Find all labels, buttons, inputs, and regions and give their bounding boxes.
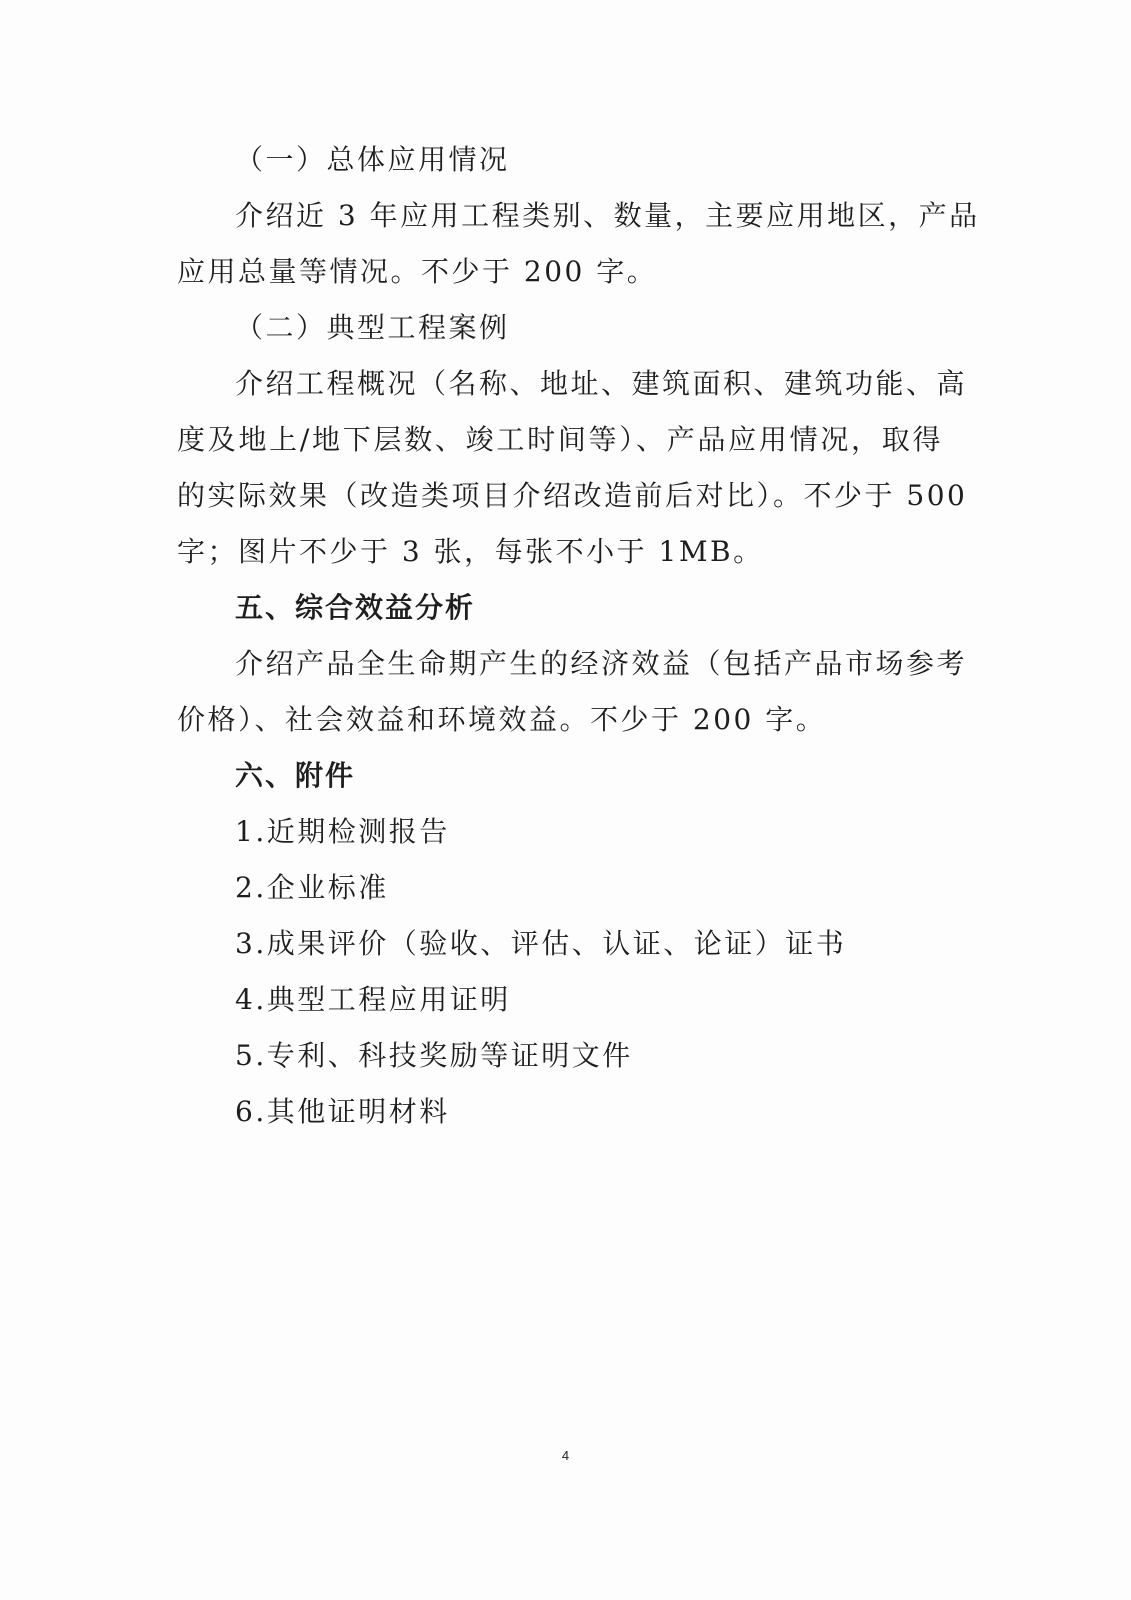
- attachment-list-item: 1.近期检测报告: [235, 812, 450, 852]
- page-number: 4: [0, 1448, 1131, 1463]
- paragraph-line: 介绍工程概况（名称、地址、建筑面积、建筑功能、高: [235, 364, 943, 404]
- attachment-list-item: 2.企业标准: [235, 868, 389, 908]
- paragraph-line: 的实际效果（改造类项目介绍改造前后对比）。不少于 500: [177, 476, 943, 516]
- paragraph-line: 应用总量等情况。不少于 200 字。: [177, 252, 657, 292]
- paragraph-line: 介绍近 3 年应用工程类别、数量，主要应用地区，产品: [235, 196, 943, 236]
- section-heading-attachments: 六、附件: [235, 756, 355, 796]
- attachment-list-item: 5.专利、科技奖励等证明文件: [235, 1036, 633, 1076]
- attachment-list-item: 3.成果评价（验收、评估、认证、论证）证书: [235, 924, 846, 964]
- attachment-list-item: 4.典型工程应用证明: [235, 980, 511, 1020]
- document-page: （一）总体应用情况 介绍近 3 年应用工程类别、数量，主要应用地区，产品 应用总…: [0, 0, 1131, 1600]
- attachment-list-item: 6.其他证明材料: [235, 1092, 450, 1132]
- paragraph-line: 价格）、社会效益和环境效益。不少于 200 字。: [177, 700, 826, 740]
- section-heading-benefit-analysis: 五、综合效益分析: [235, 588, 475, 628]
- paragraph-line: 字；图片不少于 3 张，每张不小于 1MB。: [177, 532, 764, 572]
- paragraph-line: 介绍产品全生命期产生的经济效益（包括产品市场参考: [235, 644, 943, 684]
- paragraph-line: 度及地上/地下层数、竣工时间等）、产品应用情况，取得: [177, 420, 943, 460]
- subheading-overall-application: （一）总体应用情况: [235, 140, 510, 180]
- subheading-typical-case: （二）典型工程案例: [235, 308, 510, 348]
